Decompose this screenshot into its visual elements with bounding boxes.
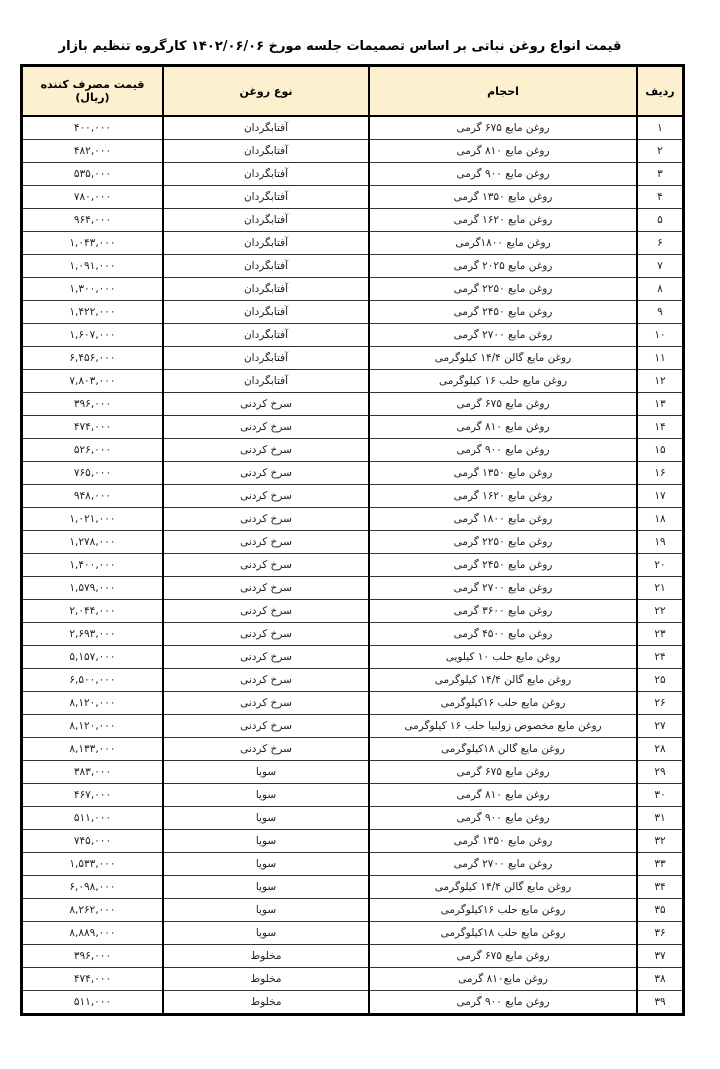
row-number-cell: ۲۸ — [637, 738, 684, 761]
oil-type-cell: مخلوط — [163, 945, 369, 968]
header-consumer-price: قیمت مصرف کننده (ریال) — [22, 66, 164, 117]
price-cell: ۲,۶۹۳,۰۰۰ — [22, 623, 164, 646]
row-number-cell: ۶ — [637, 232, 684, 255]
volume-cell: روغن مایع ۲۰۲۵ گرمی — [369, 255, 637, 278]
table-row: ۲۹روغن مایع ۶۷۵ گرمیسویا۳۸۳,۰۰۰ — [22, 761, 684, 784]
oil-type-cell: آفتابگردان — [163, 140, 369, 163]
price-cell: ۱,۲۷۸,۰۰۰ — [22, 531, 164, 554]
volume-cell: روغن مایع ۱۶۲۰ گرمی — [369, 209, 637, 232]
price-cell: ۶,۰۹۸,۰۰۰ — [22, 876, 164, 899]
row-number-cell: ۳۱ — [637, 807, 684, 830]
volume-cell: روغن مایع ۲۴۵۰ گرمی — [369, 301, 637, 324]
oil-type-cell: آفتابگردان — [163, 232, 369, 255]
price-cell: ۷۴۵,۰۰۰ — [22, 830, 164, 853]
header-row: ردیف احجام نوع روغن قیمت مصرف کننده (ریا… — [22, 66, 684, 117]
volume-cell: روغن مایع ۱۶۲۰ گرمی — [369, 485, 637, 508]
table-row: ۱۹روغن مایع ۲۲۵۰ گرمیسرخ کردنی۱,۲۷۸,۰۰۰ — [22, 531, 684, 554]
volume-cell: روغن مایع ۸۱۰ گرمی — [369, 784, 637, 807]
oil-type-cell: آفتابگردان — [163, 370, 369, 393]
row-number-cell: ۱۶ — [637, 462, 684, 485]
volume-cell: روغن مایع حلب ۱۶کیلوگرمی — [369, 899, 637, 922]
price-cell: ۴۷۴,۰۰۰ — [22, 416, 164, 439]
price-cell: ۹۴۸,۰۰۰ — [22, 485, 164, 508]
price-cell: ۷۶۵,۰۰۰ — [22, 462, 164, 485]
price-cell: ۵۲۶,۰۰۰ — [22, 439, 164, 462]
table-row: ۳۴روغن مایع گالن ۱۴/۴ کیلوگرمیسویا۶,۰۹۸,… — [22, 876, 684, 899]
price-cell: ۵۳۵,۰۰۰ — [22, 163, 164, 186]
oil-type-cell: سویا — [163, 876, 369, 899]
row-number-cell: ۲۰ — [637, 554, 684, 577]
volume-cell: روغن مایع ۱۸۰۰گرمی — [369, 232, 637, 255]
price-cell: ۷۸۰,۰۰۰ — [22, 186, 164, 209]
volume-cell: روغن مایع ۹۰۰ گرمی — [369, 807, 637, 830]
oil-type-cell: مخلوط — [163, 991, 369, 1015]
oil-type-cell: آفتابگردان — [163, 209, 369, 232]
volume-cell: روغن مایع ۶۷۵ گرمی — [369, 393, 637, 416]
volume-cell: روغن مایع ۱۳۵۰ گرمی — [369, 186, 637, 209]
volume-cell: روغن مایع ۱۸۰۰ گرمی — [369, 508, 637, 531]
header-oil-type: نوع روغن — [163, 66, 369, 117]
volume-cell: روغن مایع ۶۷۵ گرمی — [369, 761, 637, 784]
volume-cell: روغن مایع۸۱۰ گرمی — [369, 968, 637, 991]
oil-type-cell: سرخ کردنی — [163, 416, 369, 439]
oil-type-cell: سرخ کردنی — [163, 600, 369, 623]
oil-type-cell: سرخ کردنی — [163, 646, 369, 669]
volume-cell: روغن مایع ۸۱۰ گرمی — [369, 140, 637, 163]
row-number-cell: ۱۲ — [637, 370, 684, 393]
price-cell: ۸,۸۸۹,۰۰۰ — [22, 922, 164, 945]
row-number-cell: ۱۵ — [637, 439, 684, 462]
table-row: ۳۳روغن مایع ۲۷۰۰ گرمیسویا۱,۵۳۳,۰۰۰ — [22, 853, 684, 876]
oil-type-cell: سرخ کردنی — [163, 393, 369, 416]
price-cell: ۱,۳۰۰,۰۰۰ — [22, 278, 164, 301]
oil-type-cell: سرخ کردنی — [163, 669, 369, 692]
oil-type-cell: سرخ کردنی — [163, 508, 369, 531]
table-row: ۱روغن مایع ۶۷۵ گرمیآفتابگردان۴۰۰,۰۰۰ — [22, 116, 684, 140]
header-row-number: ردیف — [637, 66, 684, 117]
volume-cell: روغن مایع حلب ۱۰ کیلویی — [369, 646, 637, 669]
table-row: ۳۲روغن مایع ۱۳۵۰ گرمیسویا۷۴۵,۰۰۰ — [22, 830, 684, 853]
oil-type-cell: آفتابگردان — [163, 163, 369, 186]
row-number-cell: ۷ — [637, 255, 684, 278]
volume-cell: روغن مایع ۱۳۵۰ گرمی — [369, 462, 637, 485]
table-row: ۱۱روغن مایع گالن ۱۴/۴ کیلوگرمیآفتابگردان… — [22, 347, 684, 370]
table-row: ۱۳روغن مایع ۶۷۵ گرمیسرخ کردنی۳۹۶,۰۰۰ — [22, 393, 684, 416]
row-number-cell: ۲۹ — [637, 761, 684, 784]
oil-type-cell: سویا — [163, 761, 369, 784]
oil-type-cell: سرخ کردنی — [163, 439, 369, 462]
price-table: ردیف احجام نوع روغن قیمت مصرف کننده (ریا… — [20, 64, 685, 1016]
row-number-cell: ۳۵ — [637, 899, 684, 922]
volume-cell: روغن مایع ۲۷۰۰ گرمی — [369, 853, 637, 876]
table-row: ۱۲روغن مایع حلب ۱۶ کیلوگرمیآفتابگردان۷,۸… — [22, 370, 684, 393]
table-row: ۲۸روغن مایع گالن ۱۸کیلوگرمیسرخ کردنی۸,۱۳… — [22, 738, 684, 761]
oil-type-cell: سرخ کردنی — [163, 462, 369, 485]
price-cell: ۱,۵۷۹,۰۰۰ — [22, 577, 164, 600]
row-number-cell: ۲۱ — [637, 577, 684, 600]
volume-cell: روغن مایع مخصوص زولبیا حلب ۱۶ کیلوگرمی — [369, 715, 637, 738]
volume-cell: روغن مایع ۲۴۵۰ گرمی — [369, 554, 637, 577]
table-row: ۳۶روغن مایع حلب ۱۸کیلوگرمیسویا۸,۸۸۹,۰۰۰ — [22, 922, 684, 945]
table-row: ۳روغن مایع ۹۰۰ گرمیآفتابگردان۵۳۵,۰۰۰ — [22, 163, 684, 186]
table-row: ۱۶روغن مایع ۱۳۵۰ گرمیسرخ کردنی۷۶۵,۰۰۰ — [22, 462, 684, 485]
oil-type-cell: آفتابگردان — [163, 301, 369, 324]
table-row: ۲۲روغن مایع ۳۶۰۰ گرمیسرخ کردنی۲,۰۴۴,۰۰۰ — [22, 600, 684, 623]
price-cell: ۶,۴۵۶,۰۰۰ — [22, 347, 164, 370]
table-body: ۱روغن مایع ۶۷۵ گرمیآفتابگردان۴۰۰,۰۰۰۲روغ… — [22, 116, 684, 1015]
table-row: ۱۸روغن مایع ۱۸۰۰ گرمیسرخ کردنی۱,۰۲۱,۰۰۰ — [22, 508, 684, 531]
table-row: ۲۶روغن مایع حلب ۱۶کیلوگرمیسرخ کردنی۸,۱۲۰… — [22, 692, 684, 715]
volume-cell: روغن مایع ۲۷۰۰ گرمی — [369, 577, 637, 600]
row-number-cell: ۳۶ — [637, 922, 684, 945]
price-cell: ۴۰۰,۰۰۰ — [22, 116, 164, 140]
price-cell: ۱,۰۹۱,۰۰۰ — [22, 255, 164, 278]
volume-cell: روغن مایع ۹۰۰ گرمی — [369, 163, 637, 186]
oil-type-cell: آفتابگردان — [163, 186, 369, 209]
volume-cell: روغن مایع ۶۷۵ گرمی — [369, 945, 637, 968]
table-row: ۸روغن مایع ۲۲۵۰ گرمیآفتابگردان۱,۳۰۰,۰۰۰ — [22, 278, 684, 301]
oil-type-cell: سویا — [163, 853, 369, 876]
oil-type-cell: سویا — [163, 830, 369, 853]
table-row: ۳۸روغن مایع۸۱۰ گرمیمخلوط۴۷۴,۰۰۰ — [22, 968, 684, 991]
row-number-cell: ۳۳ — [637, 853, 684, 876]
row-number-cell: ۱۹ — [637, 531, 684, 554]
oil-type-cell: سرخ کردنی — [163, 692, 369, 715]
price-cell: ۱,۵۳۳,۰۰۰ — [22, 853, 164, 876]
oil-type-cell: آفتابگردان — [163, 255, 369, 278]
table-row: ۲۴روغن مایع حلب ۱۰ کیلوییسرخ کردنی۵,۱۵۷,… — [22, 646, 684, 669]
price-cell: ۵,۱۵۷,۰۰۰ — [22, 646, 164, 669]
volume-cell: روغن مایع گالن ۱۸کیلوگرمی — [369, 738, 637, 761]
volume-cell: روغن مایع ۲۲۵۰ گرمی — [369, 278, 637, 301]
oil-type-cell: سرخ کردنی — [163, 531, 369, 554]
row-number-cell: ۳۴ — [637, 876, 684, 899]
volume-cell: روغن مایع ۳۶۰۰ گرمی — [369, 600, 637, 623]
row-number-cell: ۱۱ — [637, 347, 684, 370]
row-number-cell: ۳۰ — [637, 784, 684, 807]
volume-cell: روغن مایع ۹۰۰ گرمی — [369, 991, 637, 1015]
price-cell: ۴۶۷,۰۰۰ — [22, 784, 164, 807]
volume-cell: روغن مایع حلب ۱۶کیلوگرمی — [369, 692, 637, 715]
volume-cell: روغن مایع ۸۱۰ گرمی — [369, 416, 637, 439]
header-volume: احجام — [369, 66, 637, 117]
table-row: ۲روغن مایع ۸۱۰ گرمیآفتابگردان۴۸۲,۰۰۰ — [22, 140, 684, 163]
row-number-cell: ۳۹ — [637, 991, 684, 1015]
price-cell: ۱,۴۲۲,۰۰۰ — [22, 301, 164, 324]
volume-cell: روغن مایع ۲۷۰۰ گرمی — [369, 324, 637, 347]
price-cell: ۴۷۴,۰۰۰ — [22, 968, 164, 991]
table-row: ۲۵روغن مایع گالن ۱۴/۴ کیلوگرمیسرخ کردنی۶… — [22, 669, 684, 692]
table-row: ۶روغن مایع ۱۸۰۰گرمیآفتابگردان۱,۰۴۳,۰۰۰ — [22, 232, 684, 255]
price-cell: ۳۸۳,۰۰۰ — [22, 761, 164, 784]
price-cell: ۳۹۶,۰۰۰ — [22, 945, 164, 968]
table-row: ۱۰روغن مایع ۲۷۰۰ گرمیآفتابگردان۱,۶۰۷,۰۰۰ — [22, 324, 684, 347]
oil-type-cell: سویا — [163, 899, 369, 922]
oil-type-cell: آفتابگردان — [163, 324, 369, 347]
oil-type-cell: سرخ کردنی — [163, 623, 369, 646]
oil-type-cell: سویا — [163, 807, 369, 830]
oil-type-cell: سرخ کردنی — [163, 715, 369, 738]
volume-cell: روغن مایع حلب ۱۸کیلوگرمی — [369, 922, 637, 945]
price-cell: ۴۸۲,۰۰۰ — [22, 140, 164, 163]
row-number-cell: ۵ — [637, 209, 684, 232]
oil-type-cell: سرخ کردنی — [163, 554, 369, 577]
volume-cell: روغن مایع ۴۵۰۰ گرمی — [369, 623, 637, 646]
price-cell: ۳۹۶,۰۰۰ — [22, 393, 164, 416]
volume-cell: روغن مایع ۱۳۵۰ گرمی — [369, 830, 637, 853]
table-row: ۹روغن مایع ۲۴۵۰ گرمیآفتابگردان۱,۴۲۲,۰۰۰ — [22, 301, 684, 324]
price-cell: ۱,۰۴۳,۰۰۰ — [22, 232, 164, 255]
price-cell: ۲,۰۴۴,۰۰۰ — [22, 600, 164, 623]
row-number-cell: ۹ — [637, 301, 684, 324]
price-cell: ۵۱۱,۰۰۰ — [22, 807, 164, 830]
price-cell: ۸,۱۲۰,۰۰۰ — [22, 715, 164, 738]
row-number-cell: ۲ — [637, 140, 684, 163]
oil-type-cell: سرخ کردنی — [163, 577, 369, 600]
row-number-cell: ۱۸ — [637, 508, 684, 531]
table-row: ۱۷روغن مایع ۱۶۲۰ گرمیسرخ کردنی۹۴۸,۰۰۰ — [22, 485, 684, 508]
price-cell: ۸,۱۲۰,۰۰۰ — [22, 692, 164, 715]
oil-type-cell: سرخ کردنی — [163, 738, 369, 761]
row-number-cell: ۲۴ — [637, 646, 684, 669]
volume-cell: روغن مایع گالن ۱۴/۴ کیلوگرمی — [369, 669, 637, 692]
volume-cell: روغن مایع ۶۷۵ گرمی — [369, 116, 637, 140]
page-title: قیمت انواع روغن نباتی بر اساس تصمیمات جل… — [20, 36, 660, 58]
price-cell: ۸,۱۳۳,۰۰۰ — [22, 738, 164, 761]
row-number-cell: ۱۰ — [637, 324, 684, 347]
oil-type-cell: آفتابگردان — [163, 347, 369, 370]
table-row: ۱۵روغن مایع ۹۰۰ گرمیسرخ کردنی۵۲۶,۰۰۰ — [22, 439, 684, 462]
row-number-cell: ۲۳ — [637, 623, 684, 646]
volume-cell: روغن مایع گالن ۱۴/۴ کیلوگرمی — [369, 347, 637, 370]
row-number-cell: ۸ — [637, 278, 684, 301]
table-row: ۱۴روغن مایع ۸۱۰ گرمیسرخ کردنی۴۷۴,۰۰۰ — [22, 416, 684, 439]
table-row: ۳۱روغن مایع ۹۰۰ گرمیسویا۵۱۱,۰۰۰ — [22, 807, 684, 830]
row-number-cell: ۲۷ — [637, 715, 684, 738]
row-number-cell: ۲۲ — [637, 600, 684, 623]
table-row: ۴روغن مایع ۱۳۵۰ گرمیآفتابگردان۷۸۰,۰۰۰ — [22, 186, 684, 209]
table-row: ۲۰روغن مایع ۲۴۵۰ گرمیسرخ کردنی۱,۴۰۰,۰۰۰ — [22, 554, 684, 577]
price-cell: ۷,۸۰۳,۰۰۰ — [22, 370, 164, 393]
table-row: ۳۹روغن مایع ۹۰۰ گرمیمخلوط۵۱۱,۰۰۰ — [22, 991, 684, 1015]
price-cell: ۶,۵۰۰,۰۰۰ — [22, 669, 164, 692]
row-number-cell: ۱۷ — [637, 485, 684, 508]
price-cell: ۱,۶۰۷,۰۰۰ — [22, 324, 164, 347]
oil-type-cell: آفتابگردان — [163, 278, 369, 301]
row-number-cell: ۱ — [637, 116, 684, 140]
row-number-cell: ۱۳ — [637, 393, 684, 416]
price-cell: ۱,۰۲۱,۰۰۰ — [22, 508, 164, 531]
price-cell: ۹۶۴,۰۰۰ — [22, 209, 164, 232]
row-number-cell: ۳۲ — [637, 830, 684, 853]
volume-cell: روغن مایع گالن ۱۴/۴ کیلوگرمی — [369, 876, 637, 899]
table-row: ۲۱روغن مایع ۲۷۰۰ گرمیسرخ کردنی۱,۵۷۹,۰۰۰ — [22, 577, 684, 600]
table-row: ۲۷روغن مایع مخصوص زولبیا حلب ۱۶ کیلوگرمی… — [22, 715, 684, 738]
row-number-cell: ۲۵ — [637, 669, 684, 692]
table-row: ۵روغن مایع ۱۶۲۰ گرمیآفتابگردان۹۶۴,۰۰۰ — [22, 209, 684, 232]
table-row: ۷روغن مایع ۲۰۲۵ گرمیآفتابگردان۱,۰۹۱,۰۰۰ — [22, 255, 684, 278]
row-number-cell: ۴ — [637, 186, 684, 209]
row-number-cell: ۲۶ — [637, 692, 684, 715]
oil-type-cell: سویا — [163, 784, 369, 807]
table-row: ۳۰روغن مایع ۸۱۰ گرمیسویا۴۶۷,۰۰۰ — [22, 784, 684, 807]
row-number-cell: ۱۴ — [637, 416, 684, 439]
oil-type-cell: آفتابگردان — [163, 116, 369, 140]
oil-type-cell: سویا — [163, 922, 369, 945]
table-row: ۳۵روغن مایع حلب ۱۶کیلوگرمیسویا۸,۲۶۲,۰۰۰ — [22, 899, 684, 922]
price-cell: ۵۱۱,۰۰۰ — [22, 991, 164, 1015]
table-row: ۲۳روغن مایع ۴۵۰۰ گرمیسرخ کردنی۲,۶۹۳,۰۰۰ — [22, 623, 684, 646]
price-cell: ۸,۲۶۲,۰۰۰ — [22, 899, 164, 922]
volume-cell: روغن مایع حلب ۱۶ کیلوگرمی — [369, 370, 637, 393]
oil-type-cell: سرخ کردنی — [163, 485, 369, 508]
row-number-cell: ۳۸ — [637, 968, 684, 991]
table-row: ۳۷روغن مایع ۶۷۵ گرمیمخلوط۳۹۶,۰۰۰ — [22, 945, 684, 968]
price-cell: ۱,۴۰۰,۰۰۰ — [22, 554, 164, 577]
oil-type-cell: مخلوط — [163, 968, 369, 991]
volume-cell: روغن مایع ۲۲۵۰ گرمی — [369, 531, 637, 554]
row-number-cell: ۳ — [637, 163, 684, 186]
row-number-cell: ۳۷ — [637, 945, 684, 968]
volume-cell: روغن مایع ۹۰۰ گرمی — [369, 439, 637, 462]
